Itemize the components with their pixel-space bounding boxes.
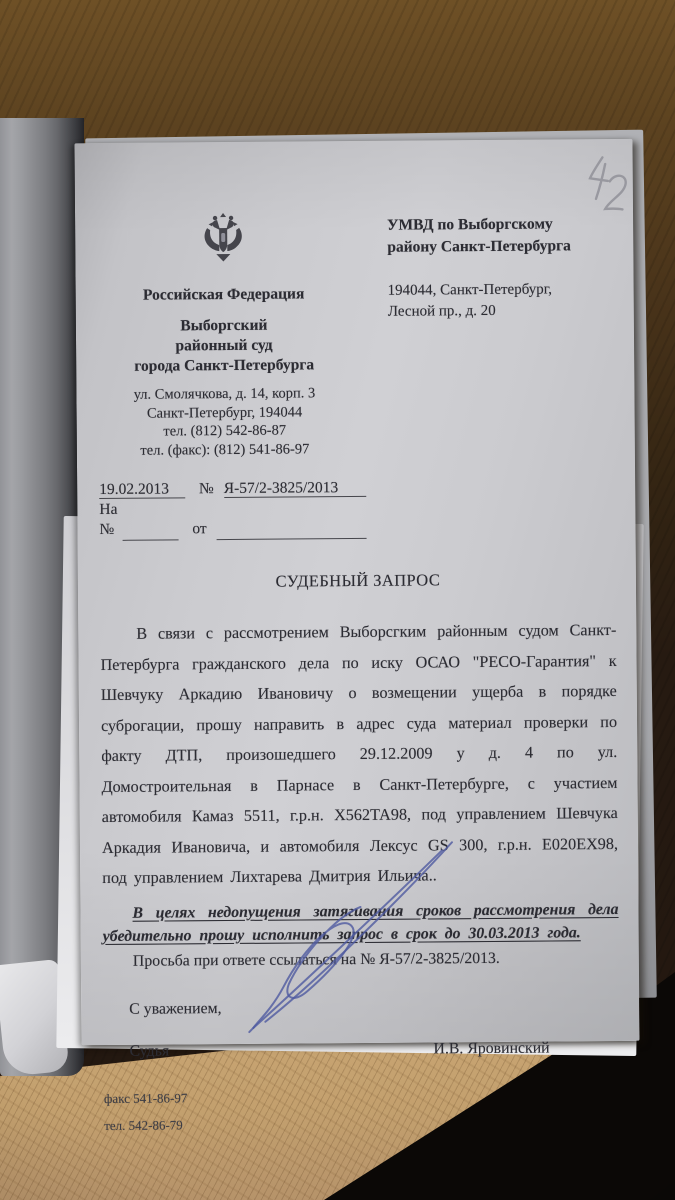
ref-date: 19.02.2013 [99, 480, 185, 499]
ref-number: Я-57/2-3825/2013 [224, 479, 367, 498]
signer-role: Судья [104, 1042, 170, 1061]
letterhead: Российская Федерация Выборгский районный… [97, 209, 615, 460]
sender-court-line2: районный суд [98, 335, 350, 357]
footer-phone: тел. 542-86-79 [104, 1107, 620, 1138]
signature-ink [238, 840, 490, 1042]
sender-phone: тел. (812) 542-86-87 [99, 421, 351, 441]
document-title: СУДЕБНЫЙ ЗАПРОС [100, 569, 616, 593]
footer-fax: факс 541-86-97 [104, 1080, 620, 1111]
photo-scene: Российская Федерация Выборгский районный… [0, 0, 675, 1200]
recipient-address-line2: Лесной пр., д. 20 [388, 300, 614, 323]
signer-name: И.В. Яровинский [433, 1039, 549, 1058]
incoming-ref-line: № от [99, 516, 615, 541]
coat-of-arms-russia-icon [201, 212, 245, 262]
blank-date-line [217, 518, 367, 540]
footer-contacts: факс 541-86-97 тел. 542-86-79 [104, 1080, 620, 1138]
blank-number-line [122, 519, 178, 540]
recipient-address-line1: 194044, Санкт-Петербург, [388, 279, 614, 302]
recipient-name-line2: району Санкт-Петербурга [387, 235, 613, 259]
reference-block: 19.02.2013№Я-57/2-3825/2013 На № от [99, 476, 615, 541]
recipient-block: УМВД по Выборгскому району Санкт-Петербу… [349, 209, 615, 458]
document-page: Российская Федерация Выборгский районный… [74, 139, 639, 1045]
signature-row: Судья И.В. Яровинский [104, 1038, 620, 1060]
number-sign-2: № [99, 521, 114, 538]
number-sign: № [199, 480, 214, 497]
sender-court-line3: города Санкт-Петербурга [98, 355, 350, 377]
sender-block: Российская Федерация Выборгский районный… [97, 211, 351, 460]
sender-street: ул. Смолячкова, д. 14, корп. 3 [98, 384, 350, 404]
sender-court-line1: Выборгский [98, 315, 350, 337]
sender-city: Санкт-Петербург, 194044 [99, 403, 351, 423]
sender-fax: тел. (факс): (812) 541-86-97 [99, 440, 351, 460]
sender-country: Российская Федерация [98, 285, 350, 305]
recipient-name-line1: УМВД по Выборгскому [387, 213, 613, 237]
ot-label: от [192, 520, 206, 537]
